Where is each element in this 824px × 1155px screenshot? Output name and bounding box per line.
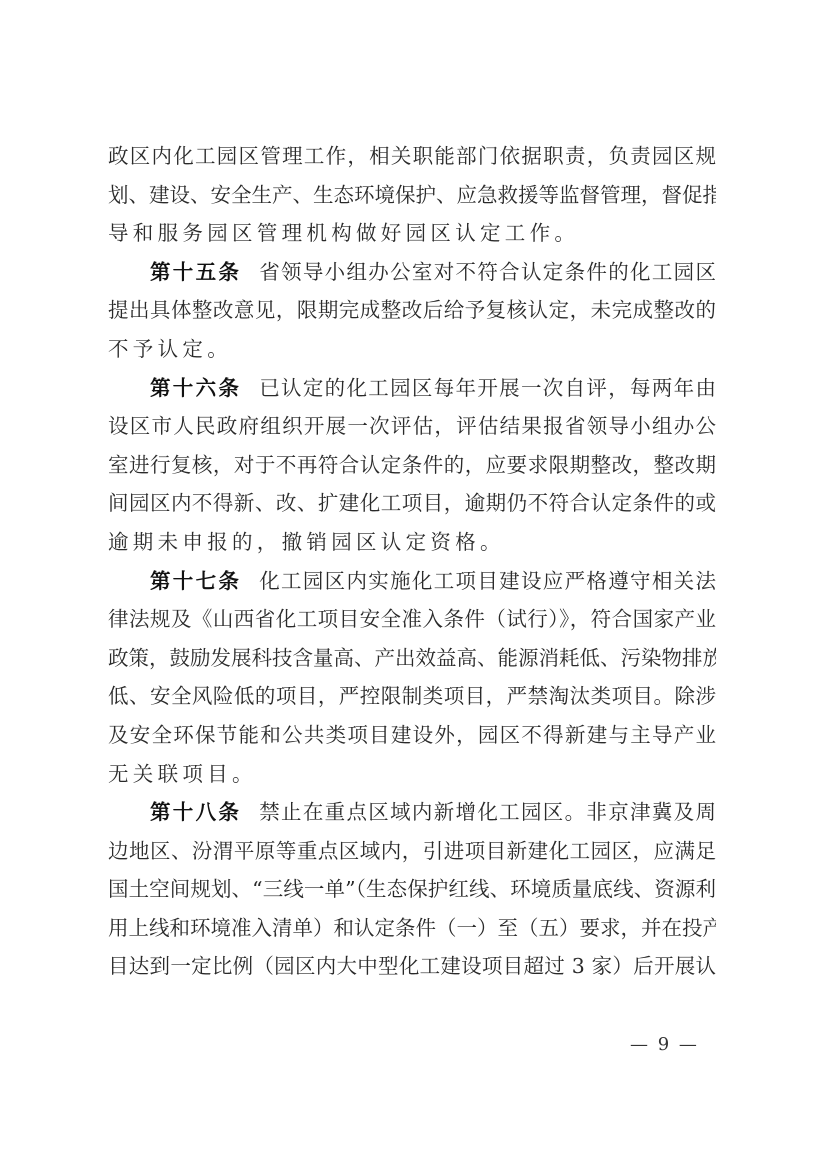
page-number: — 9 — bbox=[630, 1034, 699, 1055]
text-line: 提出具体整改意见，限期完成整改后给予复核认定，未完成整改的 bbox=[108, 291, 716, 330]
article-16: 第十六条已认定的化工园区每年开展一次自评，每两年由 设区市人民政府组织开展一次评… bbox=[108, 369, 716, 562]
text-line: 室进行复核，对于不再符合认定条件的，应要求限期整改，整改期 bbox=[108, 446, 716, 485]
text-line: 低、安全风险低的项目，严控限制类项目，严禁淘汰类项目。除涉 bbox=[108, 677, 716, 716]
text-line: 第十五条省领导小组办公室对不符合认定条件的化工园区 bbox=[108, 253, 716, 292]
text-line: 逾期未申报的，撤销园区认定资格。 bbox=[108, 523, 716, 562]
article-17: 第十七条化工园区内实施化工项目建设应严格遵守相关法 律法规及《山西省化工项目安全… bbox=[108, 562, 716, 794]
text-line: 第十七条化工园区内实施化工项目建设应严格遵守相关法 bbox=[108, 562, 716, 601]
text-line: 国土空间规划、“三线一单”（生态保护红线、环境质量底线、资源利 bbox=[108, 870, 716, 909]
article-number: 第十六条 bbox=[150, 376, 241, 400]
text-line: 无关联项目。 bbox=[108, 755, 716, 794]
text-line: 第十八条禁止在重点区域内新增化工园区。非京津冀及周 bbox=[108, 793, 716, 832]
text-line: 政策，鼓励发展科技含量高、产出效益高、能源消耗低、污染物排放 bbox=[108, 639, 716, 678]
text-line: 设区市人民政府组织开展一次评估，评估结果报省领导小组办公 bbox=[108, 407, 716, 446]
text-line: 政区内化工园区管理工作，相关职能部门依据职责，负责园区规 bbox=[108, 137, 716, 176]
article-18: 第十八条禁止在重点区域内新增化工园区。非京津冀及周 边地区、汾渭平原等重点区域内… bbox=[108, 793, 716, 986]
text-line: 及安全环保节能和公共类项目建设外，园区不得新建与主导产业 bbox=[108, 716, 716, 755]
text-line: 间园区内不得新、改、扩建化工项目，逾期仍不符合认定条件的或 bbox=[108, 484, 716, 523]
text-line: 律法规及《山西省化工项目安全准入条件（试行）》，符合国家产业 bbox=[108, 600, 716, 639]
article-number: 第十八条 bbox=[150, 800, 241, 824]
article-text: 已认定的化工园区每年开展一次自评，每两年由 bbox=[259, 376, 716, 400]
text-line: 不予认定。 bbox=[108, 330, 716, 369]
article-text: 化工园区内实施化工项目建设应严格遵守相关法 bbox=[259, 569, 716, 593]
text-line: 用上线和环境准入清单）和认定条件（一）至（五）要求，并在投产项 bbox=[108, 909, 716, 948]
text-line: 目达到一定比例（园区内大中型化工建设项目超过 3 家）后开展认 bbox=[108, 947, 716, 986]
text-line: 第十六条已认定的化工园区每年开展一次自评，每两年由 bbox=[108, 369, 716, 408]
article-number: 第十七条 bbox=[150, 569, 241, 593]
article-text: 禁止在重点区域内新增化工园区。非京津冀及周 bbox=[259, 800, 716, 824]
text-line: 边地区、汾渭平原等重点区域内，引进项目新建化工园区，应满足 bbox=[108, 832, 716, 871]
document-body: 政区内化工园区管理工作，相关职能部门依据职责，负责园区规 划、建设、安全生产、生… bbox=[108, 137, 716, 986]
paragraph-continuation: 政区内化工园区管理工作，相关职能部门依据职责，负责园区规 划、建设、安全生产、生… bbox=[108, 137, 716, 253]
article-15: 第十五条省领导小组办公室对不符合认定条件的化工园区 提出具体整改意见，限期完成整… bbox=[108, 253, 716, 369]
text-line: 划、建设、安全生产、生态环境保护、应急救援等监督管理，督促指 bbox=[108, 176, 716, 215]
text-line: 导和服务园区管理机构做好园区认定工作。 bbox=[108, 214, 716, 253]
article-number: 第十五条 bbox=[150, 260, 241, 284]
article-text: 省领导小组办公室对不符合认定条件的化工园区 bbox=[259, 260, 716, 284]
